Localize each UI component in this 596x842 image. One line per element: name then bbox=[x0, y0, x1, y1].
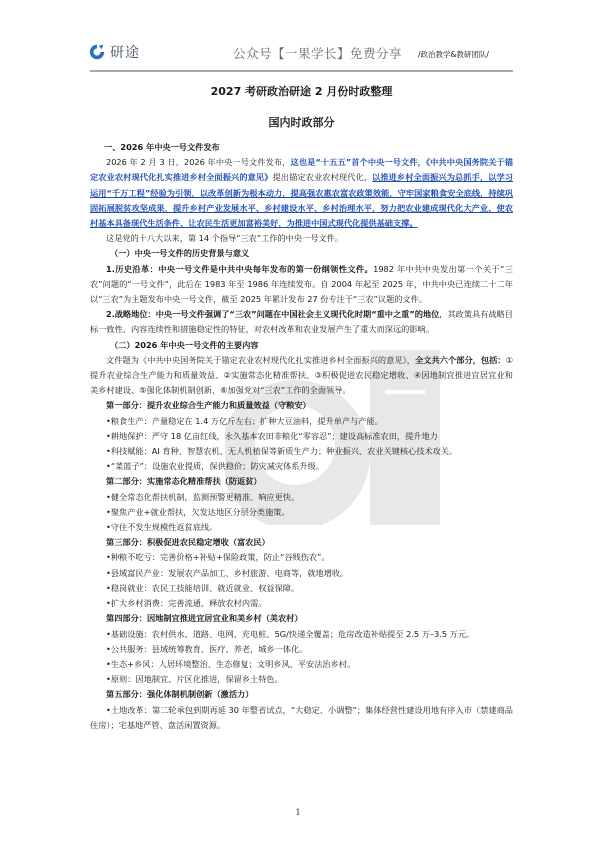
intro-note: 这是党的十八大以来，第 14 个指导“三农”工作的中央一号文件。 bbox=[90, 231, 513, 246]
page-number: 1 bbox=[0, 808, 596, 817]
document-title: 2027 考研政治研途 2 月份时政整理 bbox=[90, 80, 513, 104]
page-header: 研途 公众号【一果学长】免费分享 /政治教学&教研团队/ bbox=[88, 42, 508, 66]
intro-paragraph: 2026 年 2 月 3 日，2026 年中央一号文件发布，这也是“十五五”首个… bbox=[90, 155, 513, 231]
part-2-bullet: •聚焦产业+就业帮扶，欠发达地区分层分类施策。 bbox=[90, 505, 513, 520]
document-page: 研途 公众号【一果学长】免费分享 /政治教学&教研团队/ 2027 考研政治研途… bbox=[0, 0, 596, 842]
part-1-bullet: •科技赋能：AI 育种、智慧农机、无人机植保等新质生产力；种业振兴、农业关键核心… bbox=[90, 444, 513, 459]
part-1-bullet: •粮食生产：产量稳定在 1.4 万亿斤左右；扩种大豆油料，提升单产与产能。 bbox=[90, 414, 513, 429]
summary-paragraph: 文件题为《中共中央国务院关于锚定农业农村现代化扎实推进乡村全面振兴的意见》，全文… bbox=[90, 353, 513, 399]
part-4-heading: 第四部分：因地制宜推进宜居宜业和美乡村（美农村） bbox=[90, 611, 513, 626]
subheading-1: （一）中央一号文件的历史背景与意义 bbox=[90, 246, 513, 261]
part-2-heading: 第二部分：实施常态化精准帮扶（防返贫） bbox=[90, 474, 513, 489]
part-4-bullet: •公共服务：县域统筹教育、医疗、养老，城乡一体化。 bbox=[90, 642, 513, 657]
part-1-bullet: •“菜篮子”：设施农业提质，保供稳价；防灾减灾体系升级。 bbox=[90, 459, 513, 474]
part-2-bullet: •健全常态化帮扶机制，监测预警更精准、响应更快。 bbox=[90, 490, 513, 505]
part-1-bullet: •耕地保护：严守 18 亿亩红线，永久基本农田非粮化“零容忍”；建设高标准农田，… bbox=[90, 429, 513, 444]
strategy-paragraph: 2.战略地位：中央一号文件强调了“三农”问题在中国社会主义现代化时期“重中之重”… bbox=[90, 307, 513, 337]
logo-icon bbox=[88, 43, 106, 61]
part-1-heading: 第一部分：提升农业综合生产能力和质量效益（守粮安） bbox=[90, 398, 513, 413]
part-5-heading: 第五部分：强化体制机制创新（激活力） bbox=[90, 687, 513, 702]
logo: 研途 bbox=[88, 42, 140, 62]
document-body: 2027 考研政治研途 2 月份时政整理 国内时政部分 一、2026 年中央一号… bbox=[90, 78, 513, 733]
part-4-bullet: •基础设施：农村供水、道路、电网、充电桩、5G/快递全覆盖；危房改造补贴提至 2… bbox=[90, 627, 513, 642]
section-title: 国内时政部分 bbox=[90, 106, 513, 140]
summary-plain: 文件题为《中共中央国务院关于锚定农业农村现代化扎实推进乡村全面振兴的意见》， bbox=[106, 355, 415, 365]
header-right-text: /政治教学&教研团队/ bbox=[418, 49, 489, 60]
part-2-bullet: •守住不发生规模性返贫底线。 bbox=[90, 520, 513, 535]
intro-plain-2: 提出锚定农业农村现代化， bbox=[273, 172, 373, 182]
strategy-lead: 2.战略地位：中央一号文件强调了“三农”问题在中国社会主义现代化时期“重中之重”… bbox=[106, 309, 439, 319]
history-lead: 1.历史沿革：中央一号文件是中共中央每年发布的第一份纲领性文件。 bbox=[106, 264, 373, 274]
intro-plain-1: 2026 年 2 月 3 日，2026 年中央一号文件发布， bbox=[106, 157, 291, 167]
part-3-bullet: •稳岗就业：农民工技能培训、就近就业、权益保障。 bbox=[90, 581, 513, 596]
subheading-2: （二）2026 年中央一号文件的主要内容 bbox=[90, 338, 513, 353]
part-3-bullet: •种粮不吃亏：完善价格+补贴+保险政策，防止“谷贱伤农”。 bbox=[90, 550, 513, 565]
header-divider bbox=[90, 70, 513, 72]
logo-text: 研途 bbox=[110, 42, 140, 62]
part-3-heading: 第三部分：积极促进农民稳定增收（富农民） bbox=[90, 535, 513, 550]
part-3-bullet: •扩大乡村消费：完善流通、释放农村内需。 bbox=[90, 596, 513, 611]
header-center-text: 公众号【一果学长】免费分享 bbox=[233, 44, 402, 62]
part-5-bullet: •土地改革：第二轮承包到期再延 30 年整省试点，“大稳定、小调整”；集体经营性… bbox=[90, 703, 513, 733]
history-paragraph: 1.历史沿革：中央一号文件是中共中央每年发布的第一份纲领性文件。1982 年中共… bbox=[90, 262, 513, 308]
part-4-bullet: •原则：因地制宜、片区化推进，保留乡土特色。 bbox=[90, 672, 513, 687]
part-4-bullet: •生态+乡风：人居环境整治、生态修复；文明乡风、平安法治乡村。 bbox=[90, 657, 513, 672]
part-3-bullet: •县域富民产业：发展农产品加工、乡村旅游、电商等，就地增收。 bbox=[90, 566, 513, 581]
heading-1: 一、2026 年中央一号文件发布 bbox=[90, 140, 513, 155]
summary-bold: 全文共六个部分，包括： bbox=[415, 355, 506, 365]
